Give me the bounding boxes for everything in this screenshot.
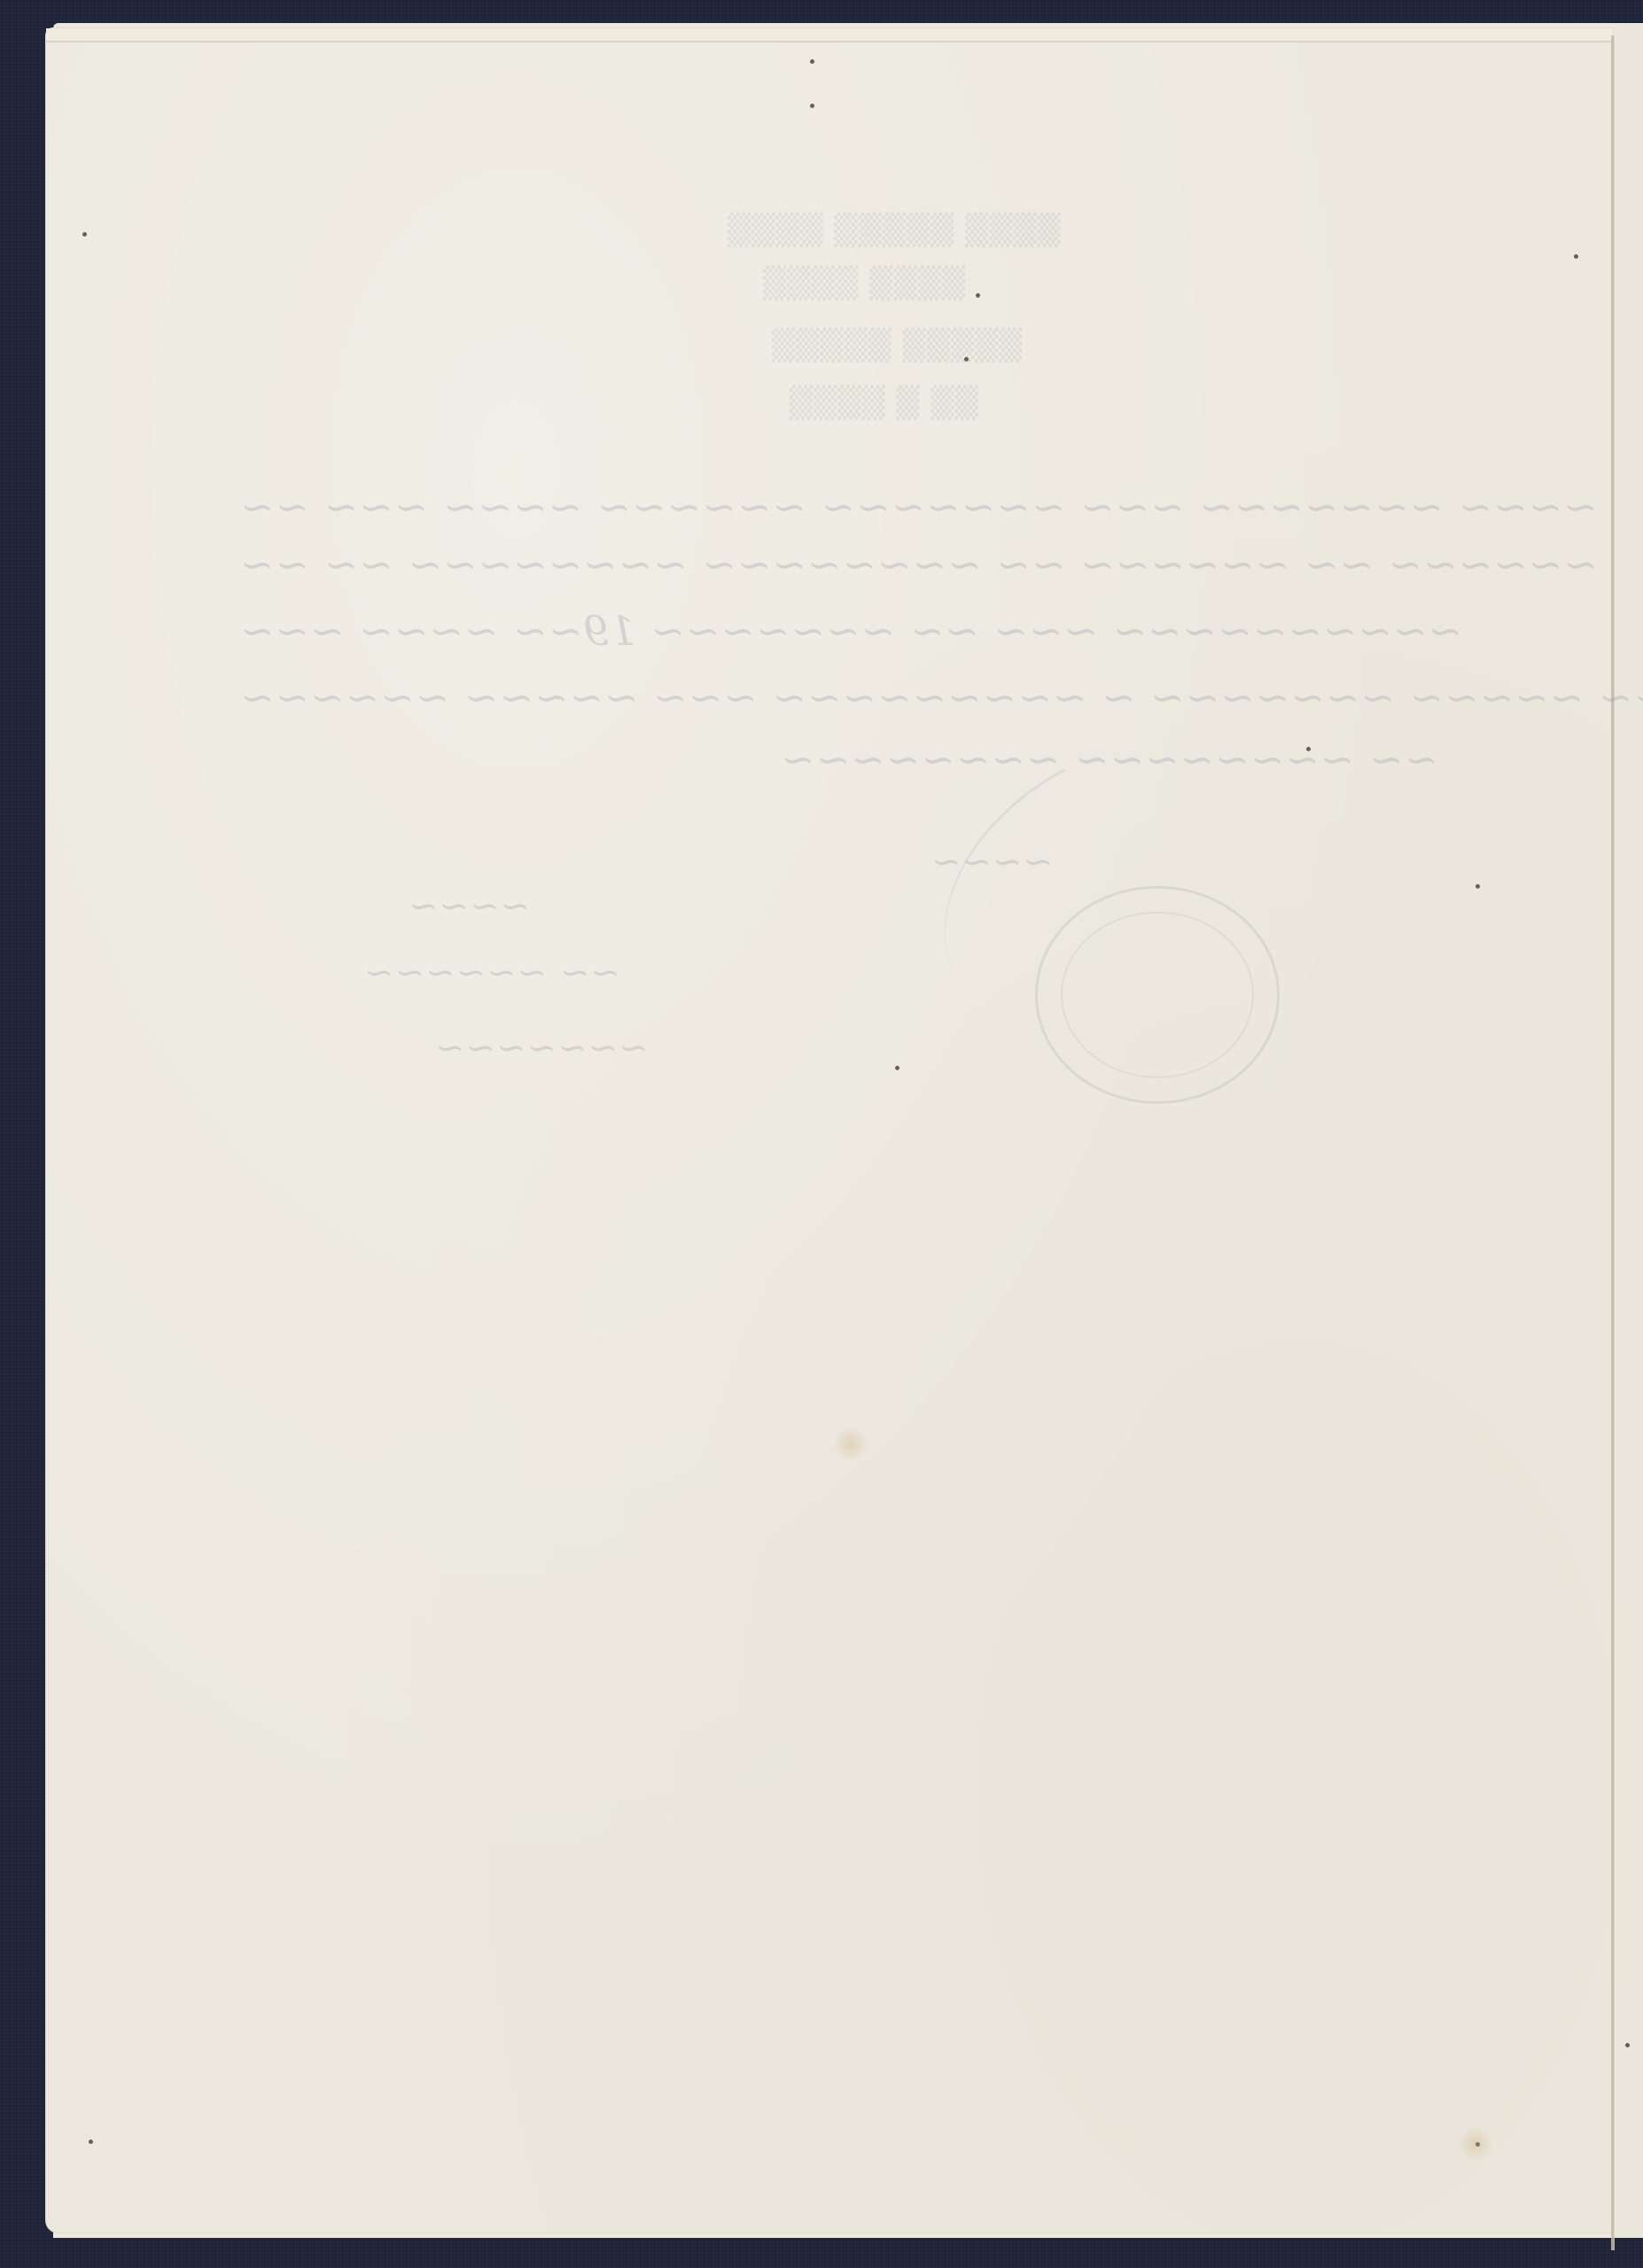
bleed-signature-line: ~~~~ [408,886,530,927]
paper-speck [1306,747,1311,751]
paper-speck [976,293,980,298]
paper-speck [964,357,969,361]
page-fold [1611,35,1615,2250]
paper-speck [895,1066,899,1070]
paper-speck [810,59,814,64]
bleed-crest-line: ▒▒ ▒ ▒▒▒▒ [789,385,978,421]
bleed-crest-line: ▒▒▒▒ ▒▒▒▒▒ ▒▒▒▒ [727,213,1061,248]
paper-speck [1476,884,1480,889]
paper-speck [810,104,814,108]
paper-speck [1625,2043,1630,2047]
bleed-crest-line: ▒▒▒▒ ▒▒▒▒ [762,266,965,301]
bleed-text-line: ~~~~ ~~~~~~~ ~~~ ~~~~~~~ ~~~~~~ ~~~~ ~~~… [239,483,1598,531]
bleed-text-line: ~~~~~~~~~~ ~~~ ~~ ~~~~~~~ 19~~ ~~~~ ~~~ [239,607,1462,655]
bleed-text-line: ~~~ ~~~~~ ~~~~~~~ ~ ~~~~~~~~~ ~~~ ~~~~~ … [239,673,1643,721]
deckle-edge [46,28,1613,43]
adjacent-page-edge [1615,23,1643,2238]
bleed-text-line: ~~ ~~~~~~~~ ~~~~~~~~ [780,735,1438,783]
paper-stain [833,1426,868,1462]
bleed-crest-line: ▒▒▒▒▒ ▒▒▒▒▒ [771,328,1022,363]
bleed-signature-line: ~~~~~~~ [434,1028,649,1068]
paper-speck [89,2140,93,2144]
paper-speck [82,232,87,237]
seal-stamp [1035,886,1280,1104]
paper-stain [1458,2126,1493,2162]
bleed-signature-line: ~~ ~~~~~~ [363,952,620,993]
bleed-text-line: ~~~~~~ ~~ ~~~~~~ ~~ ~~~~~~~~ ~~~~~~~~ ~~… [239,540,1598,588]
paper-speck [1574,254,1578,259]
